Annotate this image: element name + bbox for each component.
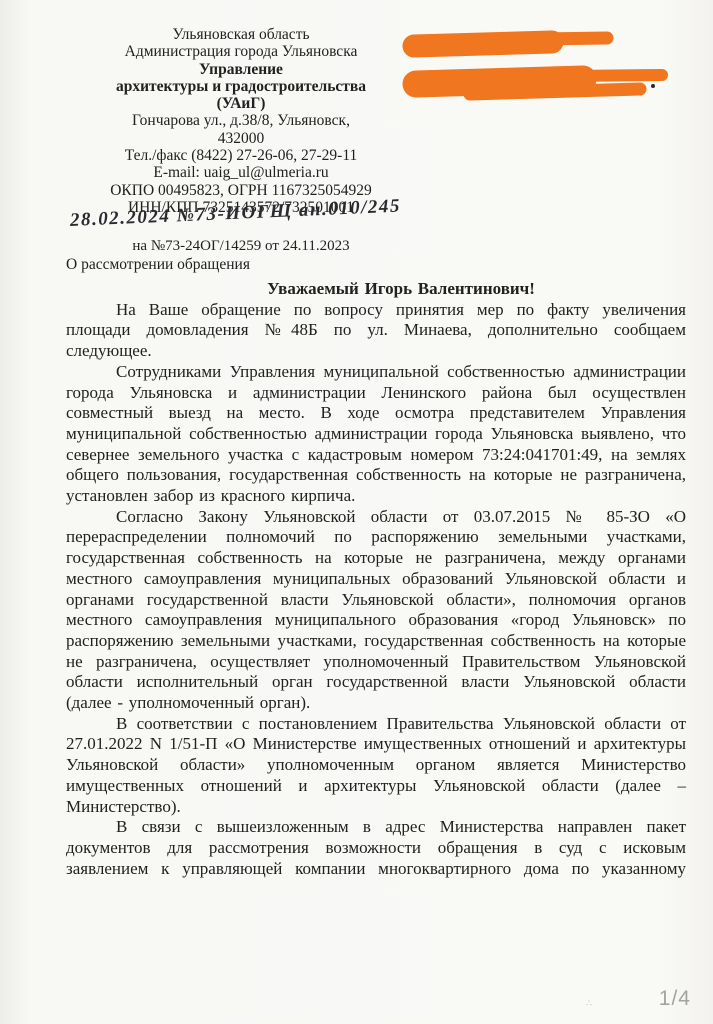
letterhead-address-line1: Гончарова ул., д.38/8, Ульяновск,: [55, 112, 427, 129]
page-indicator: 1/4: [659, 987, 691, 1011]
letterhead-department-abbr: (УАиГ): [55, 95, 427, 112]
redaction-marker: [400, 22, 685, 112]
redaction-stroke-top-tail: [540, 38, 607, 39]
redaction-stroke-top: [414, 42, 552, 46]
letterhead-address-line2: 432000: [55, 130, 427, 147]
letter-body: Уважаемый Игорь Валентинович! На Ваше об…: [66, 279, 686, 879]
scanned-letter-page: Ульяновская область Администрация города…: [0, 0, 713, 1024]
letterhead-department-line1: Управление: [55, 61, 427, 78]
letterhead-phone: Тел./факс (8422) 27-26-06, 27-29-11: [55, 147, 427, 164]
paragraph-1: На Ваше обращение по вопросу принятия ме…: [66, 300, 686, 362]
scan-smudge: ∴: [586, 999, 592, 1007]
redaction-stroke-bottom: [416, 79, 583, 84]
letterhead-administration: Администрация города Ульяновска: [55, 43, 427, 60]
paragraph-3: Согласно Закону Ульяновской области от 0…: [66, 507, 686, 714]
pen-dot: [651, 84, 655, 88]
redaction-stroke-bottom-tail: [570, 75, 662, 76]
letterhead-email: E-mail: uaig_ul@ulmeria.ru: [55, 164, 427, 181]
letterhead: Ульяновская область Администрация города…: [55, 26, 427, 216]
reply-to-reference: на №73-24ОГ/14259 от 24.11.2023: [55, 238, 427, 255]
paragraph-4: В соответствии с постановлением Правител…: [66, 714, 686, 818]
letterhead-department-line2: архитектуры и градостроительства: [55, 78, 427, 95]
letter-subject: О рассмотрении обращения: [66, 256, 250, 274]
salutation: Уважаемый Игорь Валентинович!: [66, 279, 686, 300]
redaction-stroke-bottom-lower: [470, 89, 640, 94]
paragraph-5: В связи с вышеизложенным в адрес Министе…: [66, 817, 686, 879]
letterhead-region: Ульяновская область: [55, 26, 427, 43]
paragraph-2: Сотрудниками Управления муниципальной со…: [66, 362, 686, 507]
